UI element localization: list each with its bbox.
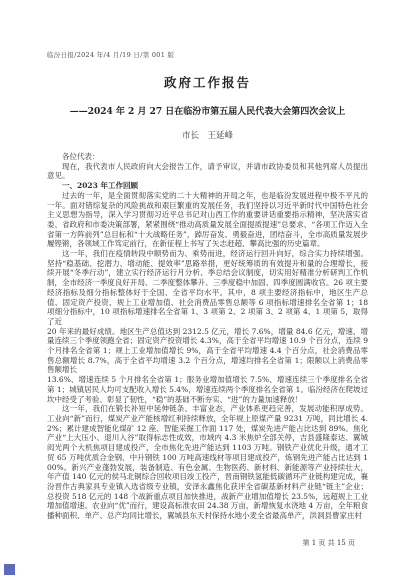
- source-line: 临汾日报/2024 年/4 月/19 日/第 001 版: [47, 50, 368, 59]
- document-body: 各位代表：现在，我代表市人民政府向大会报告工作，请予审议，并请市政协委员和其他列…: [47, 152, 368, 521]
- paragraph: 现在，我代表市人民政府向大会报告工作，请予审议，并请市政协委员和其他列席人员提出…: [47, 162, 368, 181]
- paragraph: 过去的一年，是全面贯彻落实党的二十大精神的开局之年，也是临汾发展进程中极不平凡的…: [47, 191, 368, 249]
- paragraph: 这一年，我们在锻长补短中延伸链条、丰富业态，产业体系更趋完善，发展动能积厚成势。…: [47, 404, 368, 520]
- page-title: 政府工作报告: [47, 73, 368, 91]
- page-number: 第 1 页 共 15 页: [303, 538, 356, 548]
- corner-marker-icon: [4, 564, 15, 575]
- paragraph: 这一年，我们在疫情转段中顺势而为、乘势而进，经济运行回升向好，综合实力持续增强。…: [47, 249, 368, 404]
- paragraph: 一、2023 年工作回顾: [47, 181, 368, 191]
- author-line: 市长 王延峰: [47, 129, 368, 141]
- document-page: 临汾日报/2024 年/4 月/19 日/第 001 版 政府工作报告 ——20…: [0, 0, 410, 580]
- document-content: 临汾日报/2024 年/4 月/19 日/第 001 版 政府工作报告 ——20…: [47, 50, 368, 521]
- page-subtitle: ——2024 年 2 月 27 日在临汾市第五届人民代表大会第四次会议上: [47, 104, 368, 117]
- paragraph: 各位代表：: [47, 152, 368, 162]
